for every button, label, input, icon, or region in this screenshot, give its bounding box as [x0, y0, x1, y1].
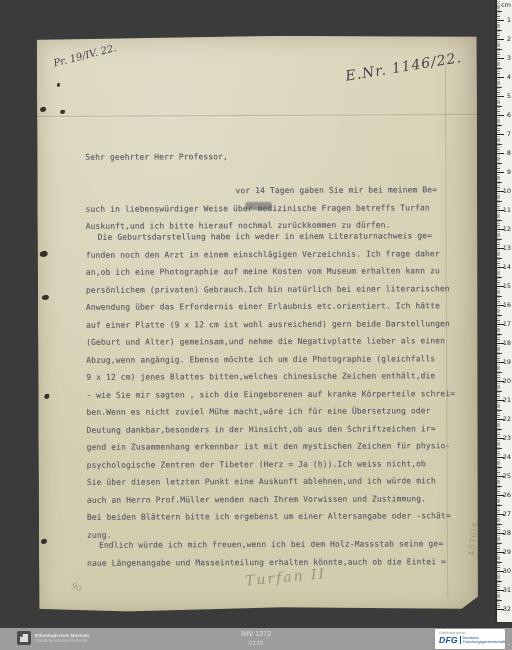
ruler-half-cm-tick	[497, 106, 502, 107]
letter-line: - wie Sie mir sagten , sich die Eingebor…	[86, 385, 478, 404]
ruler-number: 18	[503, 340, 511, 347]
ruler-number: 10	[503, 188, 511, 195]
fold-crease	[37, 114, 477, 117]
letter-line: (Geburt und Alter) gemeinsam,und nehme d…	[86, 332, 478, 351]
ruler-half-cm-tick	[497, 581, 502, 582]
ruler-number: 14	[503, 264, 511, 271]
ruler-half-cm-tick	[497, 125, 502, 126]
ruler-half-cm-tick	[497, 600, 502, 601]
ruler-half-cm-tick	[497, 410, 502, 411]
letter-line: Anwendung über das Erfordernis einer Erl…	[86, 297, 478, 316]
ruler-number: 1	[507, 17, 511, 24]
ruler-half-cm-tick	[497, 429, 502, 430]
ruler-half-cm-tick	[497, 49, 502, 50]
ruler-number: 16	[503, 302, 511, 309]
ruler-number: 23	[503, 435, 511, 442]
letter-line: Abzug,wenn angängig. Ebenso möchte ich u…	[86, 350, 478, 369]
letter-line: Die Geburtsdarstellung habe ich weder in…	[86, 227, 478, 246]
ruler-half-cm-tick	[497, 524, 502, 525]
ruler-half-cm-tick	[497, 163, 502, 164]
ruler-half-cm-tick	[497, 220, 502, 221]
ruler-half-cm-tick	[497, 391, 502, 392]
letter-line: Sie über diesen letzten Punkt eine Ausku…	[87, 472, 479, 491]
ruler-number: 29	[503, 549, 511, 556]
ruler-cm-tick	[497, 153, 504, 154]
ruler-number: 21	[503, 397, 511, 404]
ruler-number: 2	[507, 36, 511, 43]
paper-hole	[40, 251, 48, 257]
ruler-cm-tick	[497, 20, 504, 21]
ruler-number: 28	[503, 530, 511, 537]
ruler-number: 11	[503, 207, 511, 214]
ruler-half-cm-tick	[497, 258, 502, 259]
ruler-number: 8	[507, 150, 511, 157]
ruler-number: 5	[507, 93, 511, 100]
letter-line: ben.Wenn es nicht zuviel Mühe macht,wäre…	[86, 402, 478, 421]
ruler-cm-tick	[497, 134, 504, 135]
letter-line: auch an Herrn Prof.Müller wenden nach Ih…	[87, 490, 479, 509]
ruler-cm-tick	[497, 172, 504, 173]
ruler-number: 31	[503, 587, 511, 594]
dfg-acronym: DFG	[439, 636, 458, 645]
pencil-edge-number: 4376/4 Lt	[467, 521, 489, 557]
letter-line: naue Längenangabe und Masseinteilung erh…	[87, 553, 479, 572]
ruler-number: 22	[503, 416, 511, 423]
ruler-number: 20	[503, 378, 511, 385]
ruler-half-cm-tick	[497, 11, 502, 12]
letter-line: 9 x 12 cm) jenes Blattes bitten,welches …	[86, 367, 478, 386]
ruler-half-cm-tick	[497, 296, 502, 297]
paper-hole	[41, 539, 47, 544]
ruler-half-cm-tick	[497, 448, 502, 449]
pencil-page-mark: 90	[70, 581, 83, 593]
ruler-half-cm-tick	[497, 315, 502, 316]
paper-hole	[44, 394, 49, 399]
paper-hole	[42, 295, 49, 300]
paragraph-3: Endlich würde ich mich freuen,wenn ich b…	[87, 535, 479, 572]
ruler-number: 24	[503, 454, 511, 461]
paper-hole	[60, 110, 65, 114]
ruler-half-cm-tick	[497, 486, 502, 487]
ruler-cm-tick	[497, 58, 504, 59]
letter-page: Pr. 19/IV. 22. E.Nr. 1146/22. Sehr geehr…	[37, 35, 480, 613]
ruler-number: 3	[507, 55, 511, 62]
ruler-number: 7	[507, 131, 511, 138]
ruler-half-cm-tick	[497, 182, 502, 183]
letter-line: Endlich würde ich mich freuen,wenn ich b…	[87, 535, 479, 554]
ruler-number: 6	[507, 112, 511, 119]
ruler-half-cm-tick	[497, 30, 502, 31]
ruler-half-cm-tick	[497, 68, 502, 69]
ruler-half-cm-tick	[497, 562, 502, 563]
ruler-half-cm-tick	[497, 201, 502, 202]
letter-line: gend ein Zusammenhang erkennbar ist mit …	[86, 437, 478, 456]
letter-line: auf einer Platte (9 x 12 cm ist wohl aus…	[86, 315, 478, 334]
paper-hole	[40, 107, 46, 112]
letter-line: Deutung dankbar,besonders in der Hinsich…	[86, 420, 478, 439]
footer-bar: Ethnologisches Museum Staatliche Museen …	[0, 628, 512, 650]
ruler: cm 1234567891011121314151617181920212223…	[497, 0, 512, 622]
ruler-half-cm-tick	[497, 505, 502, 506]
ruler-number: 13	[503, 245, 511, 252]
ruler-half-cm-tick	[497, 334, 502, 335]
ruler-number: 27	[503, 511, 511, 518]
ruler-number: 15	[503, 283, 511, 290]
ruler-cm-tick	[497, 77, 504, 78]
letter-line: funden noch den Arzt in einem einschlägi…	[86, 245, 478, 264]
letter-line: persönlichem (privaten) Gebrauch.Ich bin…	[86, 280, 478, 299]
handwritten-date-note: Pr. 19/IV. 22.	[52, 43, 117, 70]
paper-hole	[57, 83, 60, 87]
dfg-full-name: Deutsche Forschungsgemeinschaft	[463, 636, 505, 644]
ruler-half-cm-tick	[497, 372, 502, 373]
ruler-number: 30	[503, 568, 511, 575]
ruler-unit-label: cm	[501, 1, 511, 9]
ruler-half-cm-tick	[497, 543, 502, 544]
dfg-logo-divider	[460, 636, 461, 644]
dfg-name-line: Forschungsgemeinschaft	[463, 640, 505, 644]
ruler-number: 19	[503, 359, 511, 366]
ruler-half-cm-tick	[497, 144, 502, 145]
ruler-number: 12	[503, 226, 511, 233]
ruler-cm-tick	[497, 96, 504, 97]
salutation: Sehr geehrter Herr Professor,	[85, 147, 477, 166]
letter-line: such in liebenswürdiger Weise über mediz…	[85, 199, 477, 218]
letter-line: an,ob ich eine Photographie auf meine Ko…	[86, 262, 478, 281]
ruler-number: 17	[503, 321, 511, 328]
ruler-cm-tick	[497, 115, 504, 116]
letter-line: vor 14 Tagen gaben Sie mir bei meinem Be…	[85, 181, 477, 200]
ruler-number: 9	[507, 169, 511, 176]
ruler-number: 32	[503, 606, 511, 613]
letter-line: Bei beiden Blättern bitte ich ergebenst …	[87, 507, 479, 526]
ruler-number: 4	[507, 74, 511, 81]
paragraph-2: Die Geburtsdarstellung habe ich weder in…	[86, 227, 479, 544]
pencil-edge-number-2: 11.55	[479, 575, 491, 596]
scan-viewer: Pr. 19/IV. 22. E.Nr. 1146/22. Sehr geehr…	[0, 0, 512, 650]
ruler-half-cm-tick	[497, 467, 502, 468]
ruler-half-cm-tick	[497, 239, 502, 240]
ruler-half-cm-tick	[497, 277, 502, 278]
ruler-half-cm-tick	[497, 87, 502, 88]
ruler-cm-tick	[497, 39, 504, 40]
dfg-logo: Gefördert durch DFG Deutsche Forschungsg…	[435, 629, 505, 649]
ruler-half-cm-tick	[497, 353, 502, 354]
letter-line: psychologische Zentren der Tibeter (Herz…	[87, 455, 479, 474]
ruler-number: 25	[503, 473, 511, 480]
ruler-number: 26	[503, 492, 511, 499]
